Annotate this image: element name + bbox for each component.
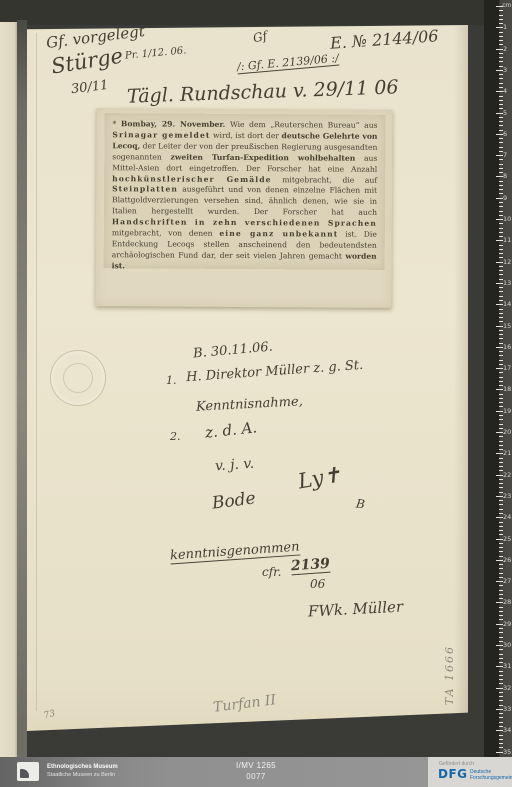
ruler-number: 33 <box>503 705 511 713</box>
ruler-tick <box>499 402 503 403</box>
ruler-tick <box>499 164 503 165</box>
ruler-number: 20 <box>503 428 511 436</box>
annotation-item2-text: z. d. A. <box>204 420 257 440</box>
ruler-tick <box>499 74 503 75</box>
dfg-name-line2: Forschungsgemeinschaft <box>470 775 512 781</box>
annotation-small-mark: Gf <box>252 30 268 45</box>
ruler-number: 14 <box>503 300 511 308</box>
ruler-tick <box>499 398 503 399</box>
ruler-tick <box>496 113 503 114</box>
document-page: Gf. vorgelegt Pr. 1/12. 06. Stürge 30/11… <box>27 25 468 731</box>
dfg-abbreviation: DFG <box>438 767 468 781</box>
newspaper-clipping: * Bombay, 29. November. Wie dem „Reuters… <box>104 113 386 270</box>
ruler-tick <box>499 530 503 531</box>
ruler-tick <box>499 360 503 361</box>
ruler-tick <box>499 717 503 718</box>
annotation-reference-label: cfr. <box>262 566 281 578</box>
ruler-tick <box>499 351 503 352</box>
ruler-tick <box>499 526 503 527</box>
archive-footer: Ethnologisches Museum Staatliche Museen … <box>0 757 512 787</box>
ruler-tick <box>499 458 503 459</box>
ruler-tick <box>499 522 503 523</box>
ruler-tick <box>499 270 503 271</box>
ruler-tick <box>499 121 503 122</box>
ruler-tick <box>499 675 503 676</box>
ruler-tick <box>496 198 503 199</box>
annotation-item1-sub: Kenntnisnahme, <box>196 395 303 414</box>
ruler-tick <box>499 159 503 160</box>
ruler-tick <box>499 504 503 505</box>
clipping-text: * Bombay, 29. November. Wie dem „Reuters… <box>112 119 378 273</box>
clipping-text-segment: zweiten Turfan-Expedition wohlbehalten <box>171 152 356 162</box>
annotation-signature-mueller: FWk. Müller <box>308 600 404 620</box>
ruler-tick <box>496 688 503 689</box>
ruler-tick <box>496 283 503 284</box>
ruler-tick <box>499 36 503 37</box>
annotation-presented-date: Pr. 1/12. 06. <box>125 46 187 61</box>
ruler-tick <box>499 654 503 655</box>
ruler-tick <box>496 347 503 348</box>
ruler-tick <box>496 368 503 369</box>
ruler-tick <box>499 223 503 224</box>
ruler-tick <box>499 671 503 672</box>
ruler-tick <box>499 551 503 552</box>
ruler-tick <box>496 304 503 305</box>
clipping-text-segment: mitgebracht, von denen <box>112 228 220 238</box>
ruler-tick <box>499 419 503 420</box>
ruler-number: 13 <box>503 279 511 287</box>
ruler-number: 34 <box>503 726 511 734</box>
ruler-tick <box>499 500 503 501</box>
ruler-tick <box>496 27 503 28</box>
pencil-vertical-code: TA 1666 <box>444 645 455 705</box>
ruler-tick <box>499 330 503 331</box>
ruler-tick <box>499 615 503 616</box>
ruler-tick <box>499 483 503 484</box>
clipping-backing-sheet: * Bombay, 29. November. Wie dem „Reuters… <box>95 108 392 308</box>
ruler-tick <box>499 15 503 16</box>
ruler-tick <box>499 739 503 740</box>
ruler-unit-label: cm <box>502 2 511 9</box>
ruler-tick <box>499 679 503 680</box>
ruler-tick <box>499 722 503 723</box>
ruler-tick <box>499 445 503 446</box>
ruler-tick <box>499 253 503 254</box>
ruler-tick <box>499 228 503 229</box>
annotation-date-mark: 30/11 <box>70 79 109 96</box>
ruler-tick <box>499 83 503 84</box>
ruler-tick <box>499 700 503 701</box>
pencil-title: Turfan II <box>212 693 276 715</box>
ruler-tick <box>499 287 503 288</box>
ruler-number: 17 <box>503 364 511 372</box>
ruler-tick <box>499 462 503 463</box>
ruler-number: 18 <box>503 385 511 393</box>
embossed-stamp-inner <box>63 363 93 393</box>
ruler-tick <box>499 377 503 378</box>
ruler-tick <box>496 262 503 263</box>
ruler-tick <box>496 730 503 731</box>
ruler-tick <box>499 355 503 356</box>
ruler-tick <box>496 389 503 390</box>
ruler-tick <box>496 539 503 540</box>
ruler-number: 5 <box>503 109 511 117</box>
ruler-tick <box>496 411 503 412</box>
book-spine-shadow <box>17 20 27 757</box>
ruler-tick <box>499 334 503 335</box>
ruler-tick <box>499 735 503 736</box>
clipping-text-segment: Wie dem „Reuterschen Bureau“ aus <box>225 120 377 130</box>
ruler-tick <box>499 658 503 659</box>
ruler-tick <box>496 240 503 241</box>
ruler-tick <box>499 249 503 250</box>
ruler-number: 32 <box>503 684 511 692</box>
ruler-number: 24 <box>503 513 511 521</box>
ruler-number: 10 <box>503 215 511 223</box>
clipping-text-segment: Bombay, 29. November. <box>121 119 225 129</box>
annotation-initials-line: v. j. v. <box>215 457 255 474</box>
ruler-tick <box>499 317 503 318</box>
ruler-tick <box>499 96 503 97</box>
ruler-number: 16 <box>503 343 511 351</box>
ruler-tick <box>499 181 503 182</box>
ruler-tick <box>499 313 503 314</box>
ruler-tick <box>499 632 503 633</box>
embossed-stamp <box>50 350 106 406</box>
ruler-number: 11 <box>503 236 511 244</box>
ruler-tick <box>499 78 503 79</box>
ruler-tick <box>499 436 503 437</box>
ruler-tick <box>499 590 503 591</box>
ruler-tick <box>499 232 503 233</box>
ruler-tick <box>499 424 503 425</box>
annotation-signature-bode: Bode <box>211 490 256 512</box>
ruler-number: 1 <box>503 23 511 31</box>
facing-page-edge <box>0 22 17 757</box>
ruler-tick <box>499 628 503 629</box>
ruler-tick <box>496 6 503 7</box>
ruler-tick <box>499 266 503 267</box>
ruler-tick <box>499 607 503 608</box>
ruler-tick <box>499 211 503 212</box>
annotation-source-line: Tägl. Rundschau v. 29/11 06 <box>127 78 399 106</box>
ruler-tick <box>496 602 503 603</box>
ruler-tick <box>499 185 503 186</box>
ruler-tick <box>499 543 503 544</box>
annotation-acknowledged: kenntnisgenommen <box>170 540 300 564</box>
ruler-tick <box>499 202 503 203</box>
ruler-tick <box>499 206 503 207</box>
annotation-office-date: B. 30.11.06. <box>193 341 274 361</box>
ruler-tick <box>499 696 503 697</box>
clipping-text-segment: hochkünstlerischer Gemälde <box>112 174 271 184</box>
ruler-number: 26 <box>503 556 511 564</box>
ruler-tick <box>499 394 503 395</box>
ruler-tick <box>499 487 503 488</box>
ruler-tick <box>499 372 503 373</box>
ruler-tick <box>499 19 503 20</box>
annotation-reference-year: 06 <box>310 578 325 590</box>
ruler-tick <box>499 125 503 126</box>
ruler-number: 7 <box>503 151 511 159</box>
ruler-tick <box>496 134 503 135</box>
scan-viewport: Gf. vorgelegt Pr. 1/12. 06. Stürge 30/11… <box>0 0 512 787</box>
ruler-tick <box>499 573 503 574</box>
ruler-number: 9 <box>503 194 511 202</box>
ruler-number: 27 <box>503 577 511 585</box>
ruler-number: 3 <box>503 66 511 74</box>
clipping-text-segment: mitgebracht, die auf <box>272 175 378 185</box>
ruler-tick <box>496 666 503 667</box>
ruler-number: 30 <box>503 641 511 649</box>
ruler-tick <box>499 291 503 292</box>
ruler-tick <box>496 326 503 327</box>
ruler-tick <box>496 752 503 753</box>
ruler-number: 6 <box>503 130 511 138</box>
ruler-number: 22 <box>503 471 511 479</box>
ruler-number: 8 <box>503 172 511 180</box>
ruler-tick <box>499 594 503 595</box>
ruler-tick <box>499 564 503 565</box>
ruler-tick <box>499 57 503 58</box>
ruler-tick <box>499 53 503 54</box>
page-edge-shade <box>454 25 468 731</box>
clipping-text-segment: Srinagar gemeldet <box>112 130 210 140</box>
ruler-tick <box>499 189 503 190</box>
ruler-tick <box>499 147 503 148</box>
ruler-tick <box>496 453 503 454</box>
ruler-tick <box>496 49 503 50</box>
dfg-logo: Gefördert durch DFG Deutsche Forschungsg… <box>428 757 512 787</box>
ruler-tick <box>496 70 503 71</box>
ruler-number: 29 <box>503 620 511 628</box>
ruler-number: 2 <box>503 45 511 53</box>
ruler-tick <box>499 142 503 143</box>
ruler-tick <box>496 560 503 561</box>
annotation-paraph: Ly✝ <box>297 464 343 492</box>
annotation-item1-text: H. Direktor Müller z. g. St. <box>186 359 364 384</box>
ruler-tick <box>499 381 503 382</box>
ruler-tick <box>499 611 503 612</box>
ruler-tick <box>499 32 503 33</box>
ruler: cm 1234567891011121314151617181920212223… <box>484 0 512 757</box>
ruler-tick <box>499 104 503 105</box>
ruler-tick <box>499 40 503 41</box>
annotation-file-number: E. № 2144/06 <box>330 28 439 52</box>
ruler-tick <box>496 581 503 582</box>
ruler-tick <box>496 624 503 625</box>
ruler-tick <box>499 479 503 480</box>
ruler-tick <box>499 568 503 569</box>
dfg-full-name: Deutsche Forschungsgemeinschaft <box>470 769 512 781</box>
annotation-paraph2: B <box>355 497 365 510</box>
pencil-page-number: 73 <box>43 710 56 722</box>
ruler-number: 28 <box>503 598 511 606</box>
ruler-tick <box>499 100 503 101</box>
annotation-item2-number: 2. <box>170 431 181 442</box>
ruler-tick <box>499 743 503 744</box>
ruler-tick <box>499 296 503 297</box>
ruler-tick <box>499 649 503 650</box>
ruler-number: 12 <box>503 258 511 266</box>
ruler-tick <box>499 338 503 339</box>
page-fold-line <box>36 33 37 711</box>
ruler-tick <box>499 274 503 275</box>
annotation-cross-reference: /: Gf. E. 2139/06 :/ <box>237 53 340 75</box>
ruler-tick <box>496 475 503 476</box>
annotation-reference-number: 2139 <box>290 557 330 576</box>
ruler-number: 21 <box>503 449 511 457</box>
ruler-tick <box>499 415 503 416</box>
ruler-tick <box>499 245 503 246</box>
ruler-number: 4 <box>503 87 511 95</box>
ruler-number: 31 <box>503 662 511 670</box>
ruler-tick <box>499 10 503 11</box>
ruler-tick <box>499 117 503 118</box>
ruler-tick <box>499 713 503 714</box>
ruler-tick <box>499 692 503 693</box>
ruler-tick <box>499 441 503 442</box>
ruler-tick <box>496 155 503 156</box>
ruler-tick <box>499 637 503 638</box>
ruler-tick <box>499 466 503 467</box>
ruler-number: 35 <box>503 748 511 756</box>
ruler-tick <box>499 509 503 510</box>
ruler-tick <box>496 91 503 92</box>
ruler-tick <box>496 176 503 177</box>
ruler-tick <box>499 547 503 548</box>
ruler-tick <box>496 219 503 220</box>
annotation-item1-number: 1. <box>166 375 177 386</box>
ruler-tick <box>499 138 503 139</box>
ruler-number: 23 <box>503 492 511 500</box>
ruler-tick <box>496 432 503 433</box>
ruler-tick <box>499 585 503 586</box>
ruler-number: 19 <box>503 407 511 415</box>
ruler-tick <box>496 496 503 497</box>
ruler-tick <box>499 61 503 62</box>
clipping-text-segment: eine ganz unbekannt <box>219 229 338 239</box>
clipping-text-segment: Steinplatten <box>112 185 178 194</box>
ruler-tick <box>496 709 503 710</box>
ruler-number: 25 <box>503 535 511 543</box>
ruler-number: 15 <box>503 322 511 330</box>
ruler-tick <box>496 645 503 646</box>
ruler-tick <box>499 168 503 169</box>
background-top <box>0 0 484 25</box>
clipping-text-segment: Handschriften in zehn verschiedenen Spra… <box>112 217 377 228</box>
clipping-text-segment: wird, ist dort der <box>210 131 281 140</box>
ruler-tick <box>499 309 503 310</box>
ruler-tick <box>496 517 503 518</box>
